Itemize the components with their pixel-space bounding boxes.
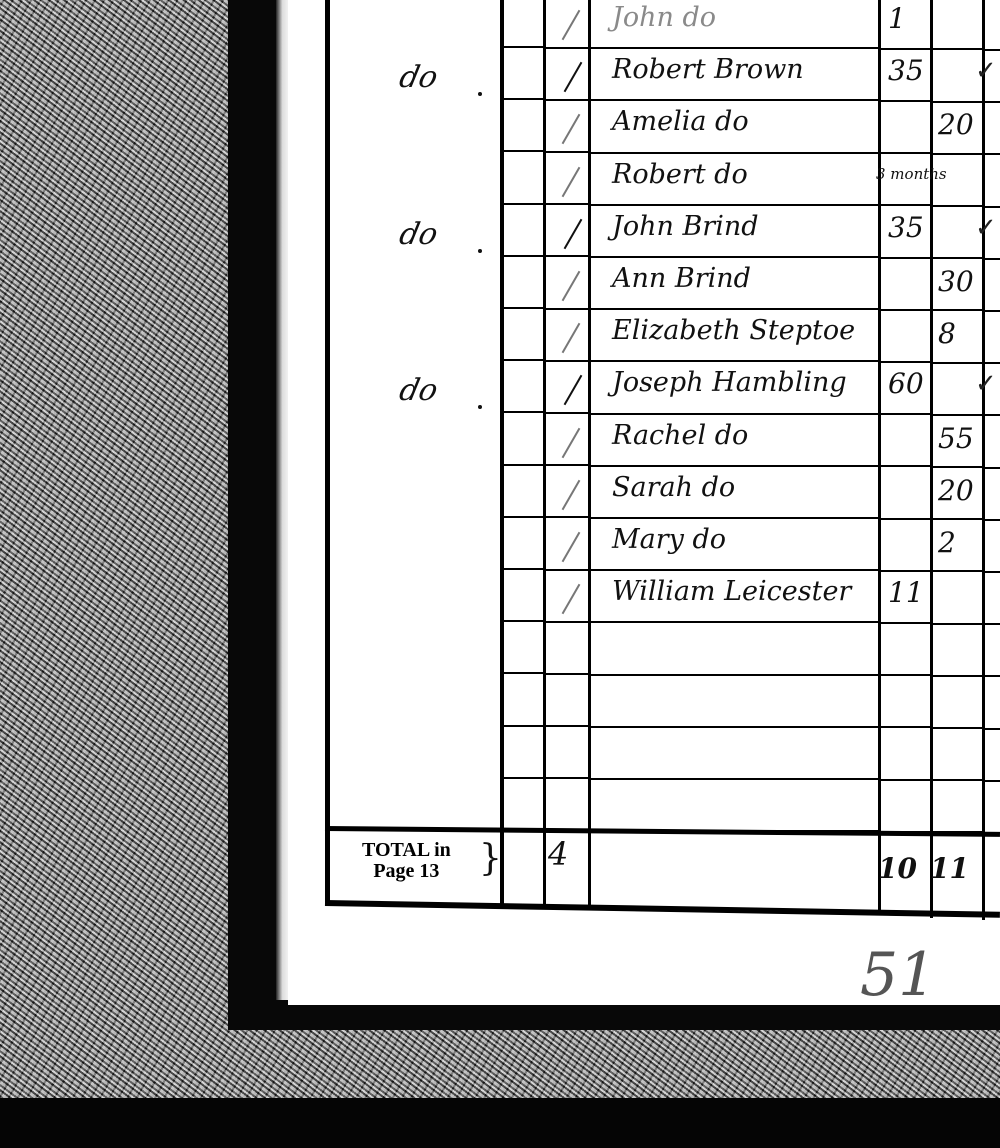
row-rule [503, 829, 543, 831]
person-name: Ann Brind [612, 263, 751, 294]
leader-dot [478, 249, 482, 253]
person-name: Robert Brown [612, 54, 804, 85]
male-age: 35 [888, 54, 924, 87]
row-rule [933, 414, 982, 416]
row-rule [591, 517, 878, 519]
row-rule [503, 411, 543, 413]
row-rule [546, 516, 588, 518]
column-divider-houses-left [500, 0, 504, 905]
female-age: 8 [938, 317, 956, 350]
male-age: 3 months [876, 165, 947, 183]
frame-left-border [325, 0, 330, 905]
person-name: John Brind [612, 211, 759, 242]
row-rule [546, 151, 588, 153]
total-label-line1: TOTAL in [362, 840, 451, 861]
row-rule [546, 412, 588, 414]
brace-icon: } [479, 838, 502, 879]
row-rule [546, 308, 588, 310]
female-age: 20 [938, 474, 974, 507]
row-rule [503, 255, 543, 257]
row-rule [985, 675, 1000, 677]
row-rule [546, 47, 588, 49]
row-rule [985, 519, 1000, 521]
row-rule [933, 257, 982, 259]
person-name: Rachel do [612, 420, 748, 451]
row-rule [591, 152, 878, 154]
row-rule [503, 672, 543, 674]
total-label: TOTAL in Page 13 [362, 840, 451, 882]
row-rule [503, 516, 543, 518]
row-rule [881, 570, 930, 572]
person-name: Elizabeth Steptoe [612, 315, 855, 346]
row-rule [881, 152, 930, 154]
folio-number: 51 [860, 940, 936, 1010]
total-label-line2: Page 13 [362, 861, 451, 882]
row-rule [503, 568, 543, 570]
person-name: Sarah do [612, 472, 735, 503]
row-rule [591, 621, 878, 623]
row-rule [591, 99, 878, 101]
row-rule [881, 309, 930, 311]
total-females: 11 [930, 852, 969, 885]
row-rule [591, 830, 878, 832]
row-rule [546, 777, 588, 779]
row-rule [546, 830, 588, 832]
row-rule [985, 49, 1000, 51]
row-rule [503, 464, 543, 466]
row-rule [881, 622, 930, 624]
row-rule [881, 100, 930, 102]
row-rule [933, 623, 982, 625]
row-rule [933, 205, 982, 207]
row-rule [591, 674, 878, 676]
row-rule [503, 777, 543, 779]
person-name: John do [612, 2, 716, 33]
row-rule [985, 780, 1000, 782]
row-rule [591, 465, 878, 467]
row-rule [503, 307, 543, 309]
male-age: 1 [888, 2, 906, 35]
row-rule [503, 359, 543, 361]
row-rule [546, 99, 588, 101]
male-age: 35 [888, 211, 924, 244]
row-rule [985, 362, 1000, 364]
row-rule [881, 726, 930, 728]
row-rule [881, 413, 930, 415]
row-rule [985, 414, 1000, 416]
row-rule [933, 831, 982, 833]
row-rule [933, 362, 982, 364]
row-rule [933, 153, 982, 155]
ditto-mark: do [396, 217, 441, 252]
female-age: 20 [938, 108, 974, 141]
row-rule [546, 255, 588, 257]
row-rule [985, 310, 1000, 312]
row-rule [933, 101, 982, 103]
row-rule [881, 361, 930, 363]
row-rule [985, 571, 1000, 573]
column-divider-right [982, 0, 985, 920]
scan-bottom-band [0, 1098, 1000, 1148]
row-rule [503, 620, 543, 622]
row-rule [546, 725, 588, 727]
row-rule [546, 464, 588, 466]
row-rule [591, 778, 878, 780]
ditto-mark: do [396, 373, 441, 408]
row-rule [881, 465, 930, 467]
row-rule [881, 257, 930, 259]
column-divider-names-left [588, 0, 591, 905]
row-rule [985, 467, 1000, 469]
male-age: 11 [888, 576, 924, 609]
row-rule [591, 256, 878, 258]
person-name: Robert do [612, 159, 748, 190]
row-rule [503, 46, 543, 48]
row-rule [985, 258, 1000, 260]
check-mark-icon: ✓ [975, 56, 997, 86]
row-rule [591, 204, 878, 206]
row-rule [881, 831, 930, 833]
row-rule [503, 150, 543, 152]
column-divider-houses-mid [543, 0, 546, 905]
row-rule [933, 466, 982, 468]
female-age: 2 [938, 526, 956, 559]
row-rule [985, 832, 1000, 834]
person-name: Mary do [612, 524, 726, 555]
ditto-mark: do [396, 60, 441, 95]
row-rule [933, 309, 982, 311]
row-rule [933, 570, 982, 572]
row-rule [546, 621, 588, 623]
row-rule [985, 728, 1000, 730]
row-rule [591, 569, 878, 571]
total-males: 10 [878, 852, 917, 885]
row-rule [546, 673, 588, 675]
row-rule [503, 725, 543, 727]
row-rule [881, 674, 930, 676]
scan-background-left [0, 0, 240, 1100]
row-rule [546, 360, 588, 362]
row-rule [591, 308, 878, 310]
person-name: Amelia do [612, 106, 749, 137]
male-age: 60 [888, 367, 924, 400]
row-rule [591, 360, 878, 362]
row-rule [881, 204, 930, 206]
row-rule [933, 779, 982, 781]
person-name: Joseph Hambling [612, 367, 847, 398]
row-rule [985, 153, 1000, 155]
row-rule [546, 569, 588, 571]
row-rule [985, 101, 1000, 103]
row-rule [985, 623, 1000, 625]
row-rule [591, 726, 878, 728]
check-mark-icon: ✓ [975, 369, 997, 399]
scan-background-bottom [0, 1020, 1000, 1100]
row-rule [881, 779, 930, 781]
row-rule [591, 47, 878, 49]
row-rule [933, 48, 982, 50]
row-rule [503, 203, 543, 205]
total-houses: 4 [548, 835, 568, 873]
row-rule [933, 518, 982, 520]
row-rule [546, 203, 588, 205]
row-rule [503, 98, 543, 100]
row-rule [933, 727, 982, 729]
female-age: 55 [938, 422, 974, 455]
row-rule [881, 48, 930, 50]
row-rule [881, 518, 930, 520]
row-rule [985, 206, 1000, 208]
person-name: William Leicester [612, 576, 851, 607]
check-mark-icon: ✓ [975, 213, 997, 243]
row-rule [591, 413, 878, 415]
female-age: 30 [938, 265, 974, 298]
row-rule [933, 675, 982, 677]
